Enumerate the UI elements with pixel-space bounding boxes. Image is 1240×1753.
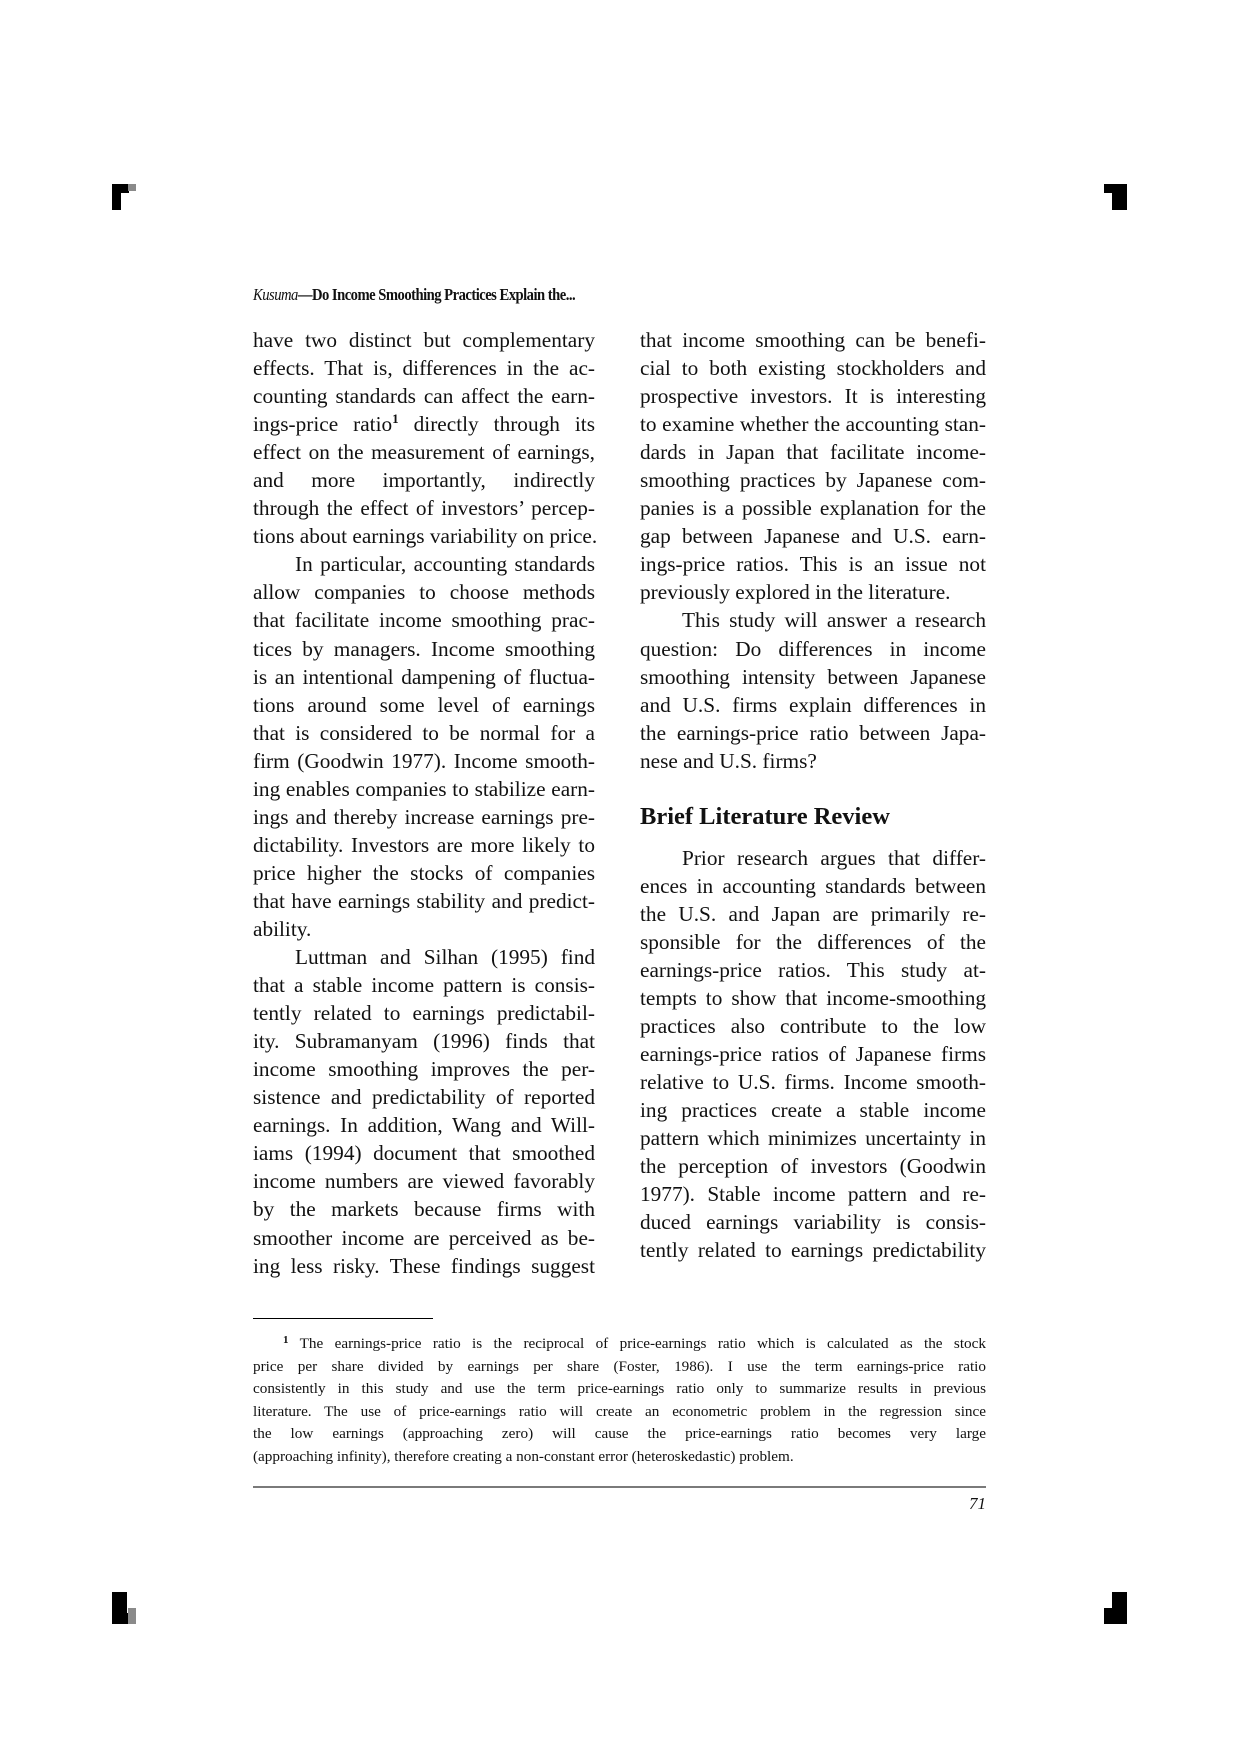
paragraph: that income smoothing can be benefi- cia… [640,326,986,606]
text-line: ings-price ratios. This is an issue not [640,550,986,578]
running-head-author: Kusuma [253,285,298,304]
text-line: ability. [253,915,595,943]
text-line: the earnings-price ratio between Japa- [640,719,986,747]
text-line: sistence and predictability of reported [253,1083,595,1111]
text-line: ity. Subramanyam (1996) finds that [253,1027,595,1055]
section-heading: Brief Literature Review [640,802,986,832]
text-line: earnings. In addition, Wang and Will- [253,1111,595,1139]
text-line: tently related to earnings predictabilit… [640,1236,986,1264]
text-line: tices by managers. Income smoothing [253,635,595,663]
paragraph: Luttman and Silhan (1995) find that a st… [253,943,595,1280]
running-head-separator: — [298,285,312,304]
text-line: Luttman and Silhan (1995) find [253,943,595,971]
text-line: the U.S. and Japan are primarily re- [640,900,986,928]
text-line: income smoothing improves the per- [253,1055,595,1083]
text-line: cial to both existing stockholders and [640,354,986,382]
text-line: smoother income are perceived as be- [253,1224,595,1252]
text-line: dictability. Investors are more likely t… [253,831,595,859]
running-head: Kusuma—Do Income Smoothing Practices Exp… [253,285,575,305]
text-line: smoothing practices by Japanese com- [640,466,986,494]
page-number: 71 [900,1494,986,1514]
text-line: earnings-price ratios of Japanese firms [640,1040,986,1068]
text-line: to examine whether the accounting stan- [640,410,986,438]
text-line: and more importantly, indirectly [253,466,595,494]
text-line: effects. That is, differences in the ac- [253,354,595,382]
text-line: allow companies to choose methods [253,578,595,606]
paragraph: This study will answer a research questi… [640,606,986,774]
text-line: ing less risky. These findings suggest [253,1252,595,1280]
footnote-line: literature. The use of price-earnings ra… [253,1401,986,1424]
text-line: tempts to show that income-smoothing [640,984,986,1012]
text-line: earnings-price ratios. This study at- [640,956,986,984]
text-line: counting standards can affect the earn- [253,382,595,410]
text-line: is an intentional dampening of fluctua- [253,663,595,691]
text-line: firm (Goodwin 1977). Income smooth- [253,747,595,775]
text-line: and U.S. firms explain differences in [640,691,986,719]
text-line: that facilitate income smoothing prac- [253,606,595,634]
text-line: the perception of investors (Goodwin [640,1152,986,1180]
text-line: In particular, accounting standards [253,550,595,578]
text-line: ings and thereby increase earnings pre- [253,803,595,831]
text-line: through the effect of investors’ percep- [253,494,595,522]
text-line: that a stable income pattern is consis- [253,971,595,999]
text-line: prospective investors. It is interesting [640,382,986,410]
text-line: that is considered to be normal for a [253,719,595,747]
footnote-line: consistently in this study and use the t… [253,1378,986,1401]
paragraph: In particular, accounting standards allo… [253,550,595,943]
text-line: smoothing intensity between Japanese [640,663,986,691]
text-line: ing enables companies to stabilize earn- [253,775,595,803]
text-line: that income smoothing can be benefi- [640,326,986,354]
footer-rule [253,1486,986,1488]
text-line: that have earnings stability and predict… [253,887,595,915]
text-line: price higher the stocks of companies [253,859,595,887]
text-line: have two distinct but complementary [253,326,595,354]
text-line: panies is a possible explanation for the [640,494,986,522]
text-line: practices also contribute to the low [640,1012,986,1040]
running-head-title: Do Income Smoothing Practices Explain th… [312,285,575,304]
text-line: income numbers are viewed favorably [253,1167,595,1195]
text-line: nese and U.S. firms? [640,747,986,775]
text-line: This study will answer a research [640,606,986,634]
footnote-marker: 1 [283,1334,289,1346]
text-line: question: Do differences in income [640,635,986,663]
text-line: sponsible for the differences of the [640,928,986,956]
text-line: ing practices create a stable income [640,1096,986,1124]
text-line: tions about earnings variability on pric… [253,522,595,550]
text-line: iams (1994) document that smoothed [253,1139,595,1167]
footnote-line: 1 The earnings-price ratio is the recipr… [253,1333,986,1356]
text-line: effect on the measurement of earnings, [253,438,595,466]
text-line: by the markets because firms with [253,1195,595,1223]
text-line: relative to U.S. firms. Income smooth- [640,1068,986,1096]
footnote: 1 The earnings-price ratio is the recipr… [253,1333,986,1468]
footnote-line: the low earnings (approaching zero) will… [253,1423,986,1446]
text-line: gap between Japanese and U.S. earn- [640,522,986,550]
footnote-line: (approaching infinity), therefore creati… [253,1446,986,1469]
text-line: pattern which minimizes uncertainty in [640,1124,986,1152]
text-line: 1977). Stable income pattern and re- [640,1180,986,1208]
text-line: duced earnings variability is consis- [640,1208,986,1236]
text-line: tently related to earnings predictabil- [253,999,595,1027]
paragraph: Prior research argues that differ- ences… [640,844,986,1265]
text-line: previously explored in the literature. [640,578,986,606]
text-line: ences in accounting standards between [640,872,986,900]
text-line-with-footnote-ref: ings-price ratio1 directly through its [253,410,595,438]
right-column: that income smoothing can be benefi- cia… [640,326,986,1264]
footnote-line: price per share divided by earnings per … [253,1356,986,1379]
text-line: Prior research argues that differ- [640,844,986,872]
paragraph: have two distinct but complementary effe… [253,326,595,550]
footnote-rule [253,1318,433,1319]
text-line: dards in Japan that facilitate income- [640,438,986,466]
text-line: tions around some level of earnings [253,691,595,719]
left-column: have two distinct but complementary effe… [253,326,595,1280]
